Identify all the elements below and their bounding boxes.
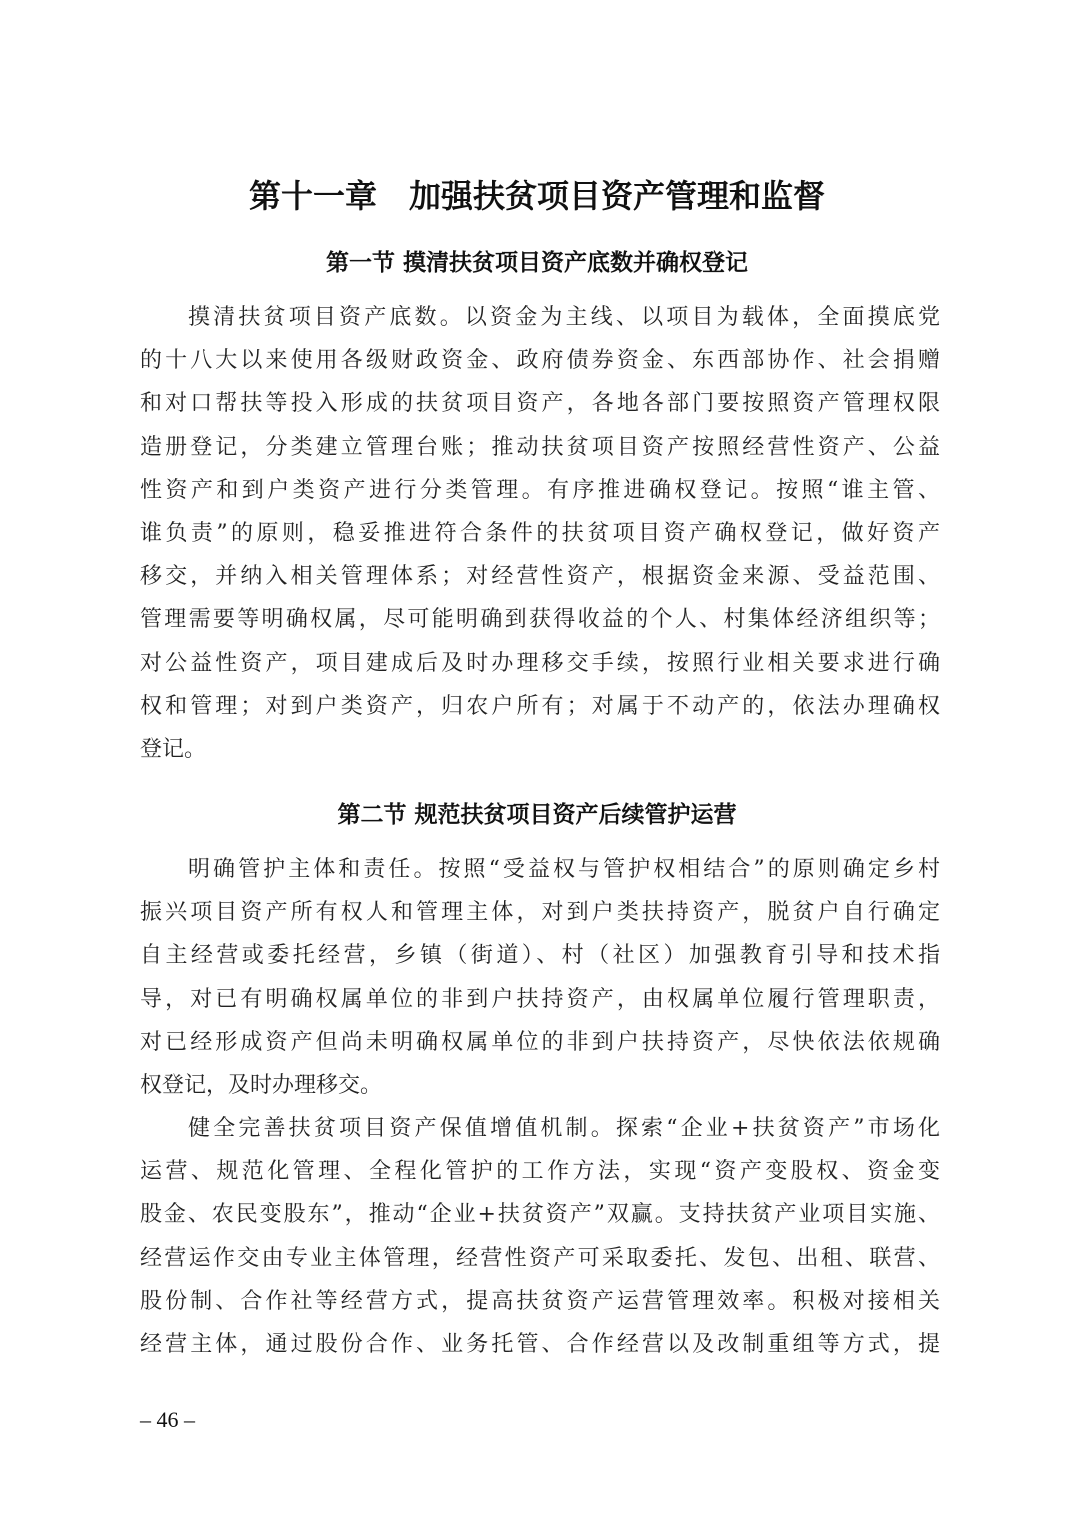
text-line: 管理需要等明确权属，尽可能明确到获得收益的个人、村集体经济组织等； bbox=[140, 598, 940, 641]
text-line: 明确管护主体和责任。按照“受益权与管护权相结合”的原则确定乡村 bbox=[140, 848, 940, 891]
text-line: 经营主体，通过股份合作、业务托管、合作经营以及改制重组等方式，提 bbox=[140, 1323, 940, 1366]
text-line: 自主经营或委托经营，乡镇（街道）、村（社区）加强教育引导和技术指 bbox=[140, 934, 940, 977]
text-line: 股金、农民变股东”，推动“企业+扶贫资产”双赢。支持扶贫产业项目实施、 bbox=[140, 1193, 940, 1236]
text-line: 移交，并纳入相关管理体系；对经营性资产，根据资金来源、受益范围、 bbox=[140, 555, 940, 598]
text-line: 权登记，及时办理移交。 bbox=[140, 1064, 940, 1107]
text-line: 对公益性资产，项目建成后及时办理移交手续，按照行业相关要求进行确 bbox=[140, 642, 940, 685]
text-line: 经营运作交由专业主体管理，经营性资产可采取委托、发包、出租、联营、 bbox=[140, 1237, 940, 1280]
text-line: 导，对已有明确权属单位的非到户扶持资产，由权属单位履行管理职责， bbox=[140, 978, 940, 1021]
document-page: 第十一章 加强扶贫项目资产管理和监督 第一节 摸清扶贫项目资产底数并确权登记 摸… bbox=[0, 0, 1074, 1520]
text-line: 对已经形成资产但尚未明确权属单位的非到户扶持资产，尽快依法依规确 bbox=[140, 1021, 940, 1064]
text-line: 谁负责”的原则，稳妥推进符合条件的扶贫项目资产确权登记，做好资产 bbox=[140, 512, 940, 555]
chapter-title: 第十一章 加强扶贫项目资产管理和监督 bbox=[0, 172, 1074, 220]
page-number: – 46 – bbox=[140, 1405, 195, 1435]
text-line: 权和管理；对到户类资产，归农户所有；对属于不动产的，依法办理确权 bbox=[140, 685, 940, 728]
section-2-paragraph-1: 明确管护主体和责任。按照“受益权与管护权相结合”的原则确定乡村 振兴项目资产所有… bbox=[140, 848, 940, 1107]
text-line: 的十八大以来使用各级财政资金、政府债券资金、东西部协作、社会捐赠 bbox=[140, 339, 940, 382]
text-line: 摸清扶贫项目资产底数。以资金为主线、以项目为载体，全面摸底党 bbox=[140, 296, 940, 339]
section-1-paragraph-1: 摸清扶贫项目资产底数。以资金为主线、以项目为载体，全面摸底党 的十八大以来使用各… bbox=[140, 296, 940, 771]
text-line: 造册登记，分类建立管理台账；推动扶贫项目资产按照经营性资产、公益 bbox=[140, 426, 940, 469]
text-line: 登记。 bbox=[140, 728, 940, 771]
section-2-title: 第二节 规范扶贫项目资产后续管护运营 bbox=[0, 797, 1074, 833]
section-1-title: 第一节 摸清扶贫项目资产底数并确权登记 bbox=[0, 245, 1074, 281]
text-line: 运营、规范化管理、全程化管护的工作方法，实现“资产变股权、资金变 bbox=[140, 1150, 940, 1193]
section-2-paragraph-2: 健全完善扶贫项目资产保值增值机制。探索“企业+扶贫资产”市场化 运营、规范化管理… bbox=[140, 1107, 940, 1366]
text-line: 股份制、合作社等经营方式，提高扶贫资产运营管理效率。积极对接相关 bbox=[140, 1280, 940, 1323]
text-line: 性资产和到户类资产进行分类管理。有序推进确权登记。按照“谁主管、 bbox=[140, 469, 940, 512]
text-line: 振兴项目资产所有权人和管理主体，对到户类扶持资产，脱贫户自行确定 bbox=[140, 891, 940, 934]
text-line: 和对口帮扶等投入形成的扶贫项目资产，各地各部门要按照资产管理权限 bbox=[140, 382, 940, 425]
text-line: 健全完善扶贫项目资产保值增值机制。探索“企业+扶贫资产”市场化 bbox=[140, 1107, 940, 1150]
